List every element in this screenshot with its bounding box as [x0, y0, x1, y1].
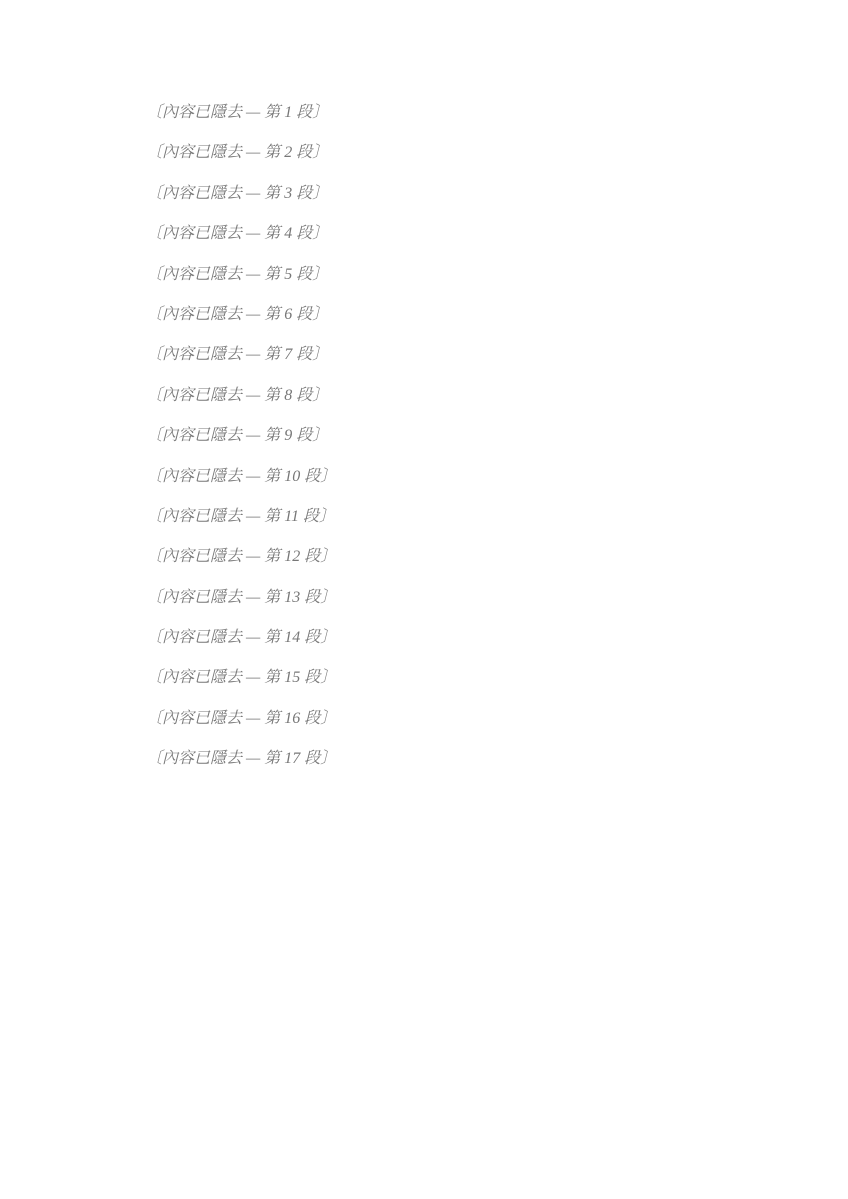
paragraph: 〔內容已隱去 — 第 6 段〕: [114, 302, 734, 328]
paragraph: 〔內容已隱去 — 第 17 段〕: [114, 746, 734, 772]
paragraph: 〔內容已隱去 — 第 7 段〕: [114, 342, 734, 368]
paragraph: 〔內容已隱去 — 第 4 段〕: [114, 221, 734, 247]
paragraph: 〔內容已隱去 — 第 14 段〕: [114, 625, 734, 651]
document-page: 〔內容已隱去 — 第 1 段〕〔內容已隱去 — 第 2 段〕〔內容已隱去 — 第…: [0, 0, 848, 1199]
paragraph: 〔內容已隱去 — 第 13 段〕: [114, 585, 734, 611]
paragraph: 〔內容已隱去 — 第 16 段〕: [114, 706, 734, 732]
paragraph: 〔內容已隱去 — 第 11 段〕: [114, 504, 734, 530]
paragraph: 〔內容已隱去 — 第 3 段〕: [114, 181, 734, 207]
paragraph: 〔內容已隱去 — 第 5 段〕: [114, 262, 734, 288]
text-body: 〔內容已隱去 — 第 1 段〕〔內容已隱去 — 第 2 段〕〔內容已隱去 — 第…: [114, 100, 734, 773]
paragraph: 〔內容已隱去 — 第 15 段〕: [114, 665, 734, 691]
paragraph: 〔內容已隱去 — 第 9 段〕: [114, 423, 734, 449]
paragraph: 〔內容已隱去 — 第 10 段〕: [114, 464, 734, 490]
paragraph: 〔內容已隱去 — 第 12 段〕: [114, 544, 734, 570]
paragraph: 〔內容已隱去 — 第 8 段〕: [114, 383, 734, 409]
paragraph: 〔內容已隱去 — 第 2 段〕: [114, 140, 734, 166]
paragraph: 〔內容已隱去 — 第 1 段〕: [114, 100, 734, 126]
